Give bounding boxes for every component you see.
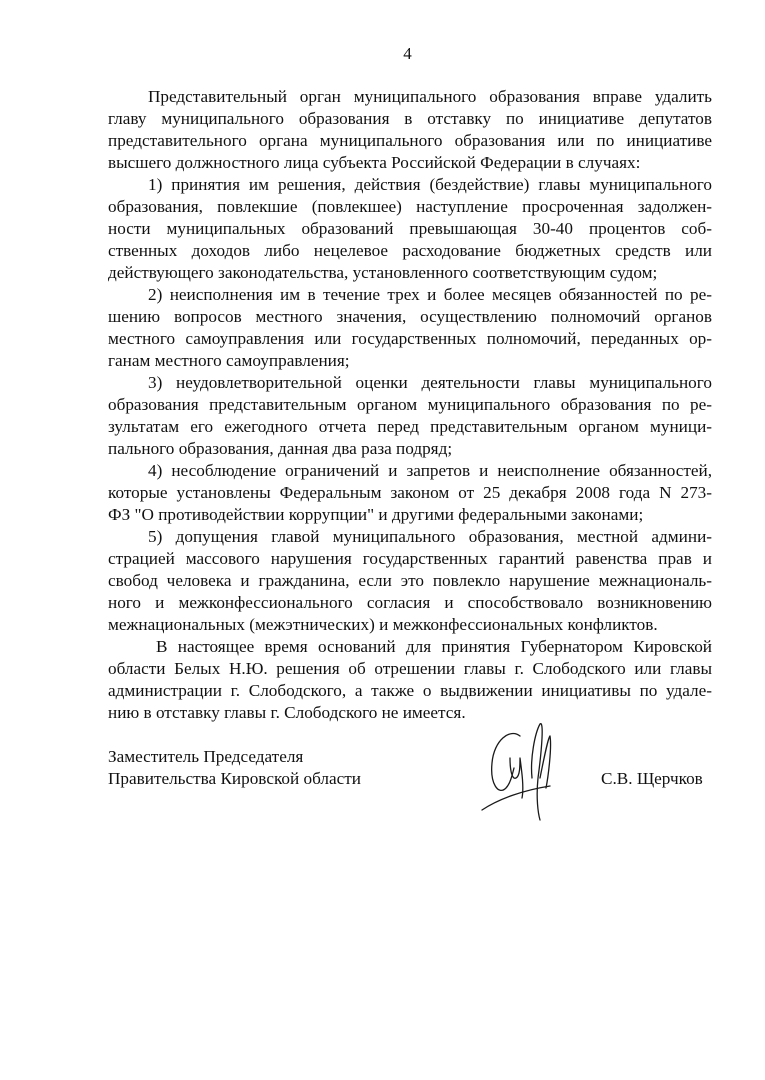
list-item-1: 1) принятия им решения, действия (бездей… bbox=[108, 174, 712, 284]
text-line: свобод человека и гражданина, если это п… bbox=[108, 570, 712, 592]
text-line: ганам местного самоуправления; bbox=[108, 350, 712, 372]
text-line: которые установлены Федеральным законом … bbox=[108, 482, 712, 504]
text-line: действующего законодательства, установле… bbox=[108, 262, 712, 284]
handwritten-signature-icon bbox=[480, 718, 575, 828]
text-line: 4) несоблюдение ограничений и запретов и… bbox=[108, 460, 712, 482]
signer-title: Заместитель Председателя Правительства К… bbox=[108, 746, 361, 790]
text-line: местного самоуправления или государствен… bbox=[108, 328, 712, 350]
list-item-5: 5) допущения главой муниципального образ… bbox=[108, 526, 712, 636]
text-line: высшего должностного лица субъекта Росси… bbox=[108, 152, 712, 174]
text-line: области Белых Н.Ю. решения об отрешении … bbox=[108, 658, 712, 680]
text-line: шению вопросов местного значения, осущес… bbox=[108, 306, 712, 328]
conclusion-paragraph: В настоящее время оснований для принятия… bbox=[108, 636, 712, 724]
text-line: 5) допущения главой муниципального образ… bbox=[108, 526, 712, 548]
list-item-4: 4) несоблюдение ограничений и запретов и… bbox=[108, 460, 712, 526]
text-line: ного и межконфессионального согласия и с… bbox=[108, 592, 712, 614]
text-line: образования представительным органом мун… bbox=[108, 394, 712, 416]
text-line: администрации г. Слободского, а также о … bbox=[108, 680, 712, 702]
list-item-2: 2) неисполнения им в течение трех и боле… bbox=[108, 284, 712, 372]
signer-title-line-1: Заместитель Председателя bbox=[108, 746, 361, 768]
text-line: Представительный орган муниципального об… bbox=[108, 86, 712, 108]
text-line: представительного органа муниципального … bbox=[108, 130, 712, 152]
page-number: 4 bbox=[0, 44, 765, 64]
text-line: 1) принятия им решения, действия (бездей… bbox=[108, 174, 712, 196]
document-body: Представительный орган муниципального об… bbox=[108, 86, 712, 724]
signer-name: С.В. Щерчков bbox=[601, 768, 703, 790]
text-line: 2) неисполнения им в течение трех и боле… bbox=[108, 284, 712, 306]
text-line: ственных доходов либо нецелевое расходов… bbox=[108, 240, 712, 262]
text-line: зультатам его ежегодного отчета перед пр… bbox=[108, 416, 712, 438]
text-line: межнациональных (межэтнических) и межкон… bbox=[108, 614, 712, 636]
text-line: страцией массового нарушения государстве… bbox=[108, 548, 712, 570]
text-line: ности муниципальных образований превышаю… bbox=[108, 218, 712, 240]
text-line: 3) неудовлетворительной оценки деятельно… bbox=[108, 372, 712, 394]
text-line: пального образования, данная два раза по… bbox=[108, 438, 712, 460]
signer-title-line-2: Правительства Кировской области bbox=[108, 768, 361, 790]
intro-paragraph: Представительный орган муниципального об… bbox=[108, 86, 712, 174]
text-line: главу муниципального образования в отста… bbox=[108, 108, 712, 130]
text-line: ФЗ "О противодействии коррупции" и други… bbox=[108, 504, 712, 526]
list-item-3: 3) неудовлетворительной оценки деятельно… bbox=[108, 372, 712, 460]
text-line: В настоящее время оснований для принятия… bbox=[108, 636, 712, 658]
text-line: образования, повлекшие (повлекшее) насту… bbox=[108, 196, 712, 218]
text-line: нию в отставку главы г. Слободского не и… bbox=[108, 702, 712, 724]
